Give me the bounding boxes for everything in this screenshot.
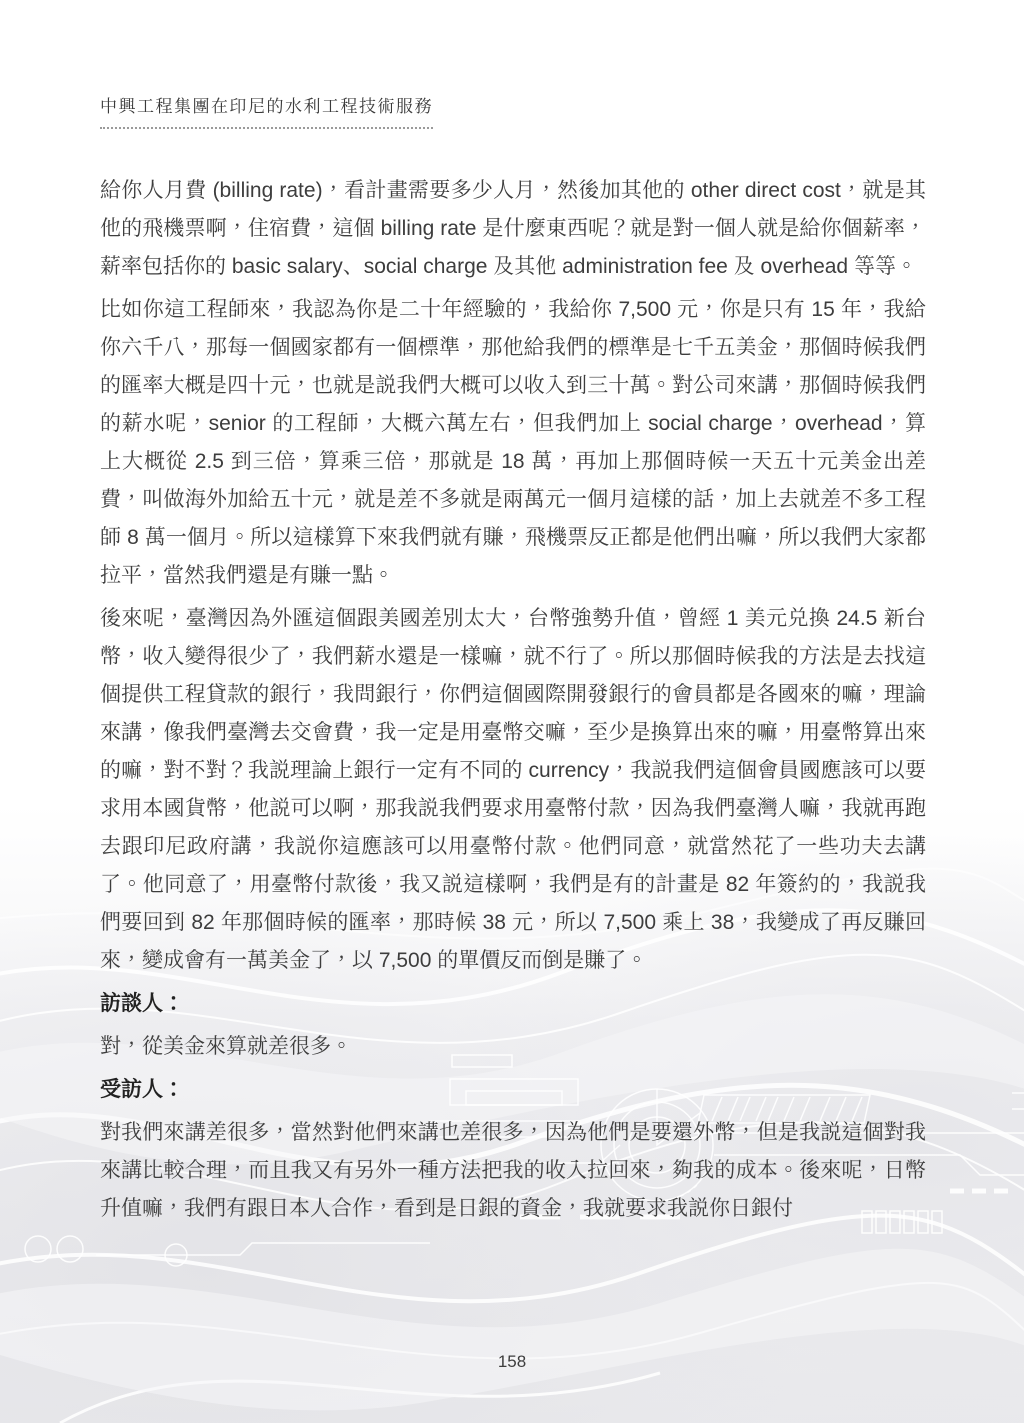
paragraph-interviewee-reply: 對我們來講差很多，當然對他們來講也差很多，因為他們是要還外幣，但是我説這個對我來… <box>100 1114 926 1228</box>
page-number: 158 <box>0 1352 1024 1372</box>
running-header-title: 中興工程集團在印尼的水利工程技術服務 <box>100 92 433 129</box>
page-body: 給你人月費 (billing rate)，看計畫需要多少人月，然後加其他的 ot… <box>100 172 926 1233</box>
paragraph-currency-exchange: 後來呢，臺灣因為外匯這個跟美國差別太大，台幣強勢升值，曾經 1 美元兑換 24.… <box>100 600 926 980</box>
book-page: 中興工程集團在印尼的水利工程技術服務 給你人月費 (billing rate)，… <box>0 0 1024 1423</box>
paragraph-engineer-salary: 比如你這工程師來，我認為你是二十年經驗的，我給你 7,500 元，你是只有 15… <box>100 291 926 595</box>
paragraph-billing-rate: 給你人月費 (billing rate)，看計畫需要多少人月，然後加其他的 ot… <box>100 172 926 286</box>
speaker-label-interviewer: 訪談人： <box>100 985 926 1023</box>
paragraph-interviewer-reply: 對，從美金來算就差很多。 <box>100 1028 926 1066</box>
speaker-label-interviewee: 受訪人： <box>100 1071 926 1109</box>
